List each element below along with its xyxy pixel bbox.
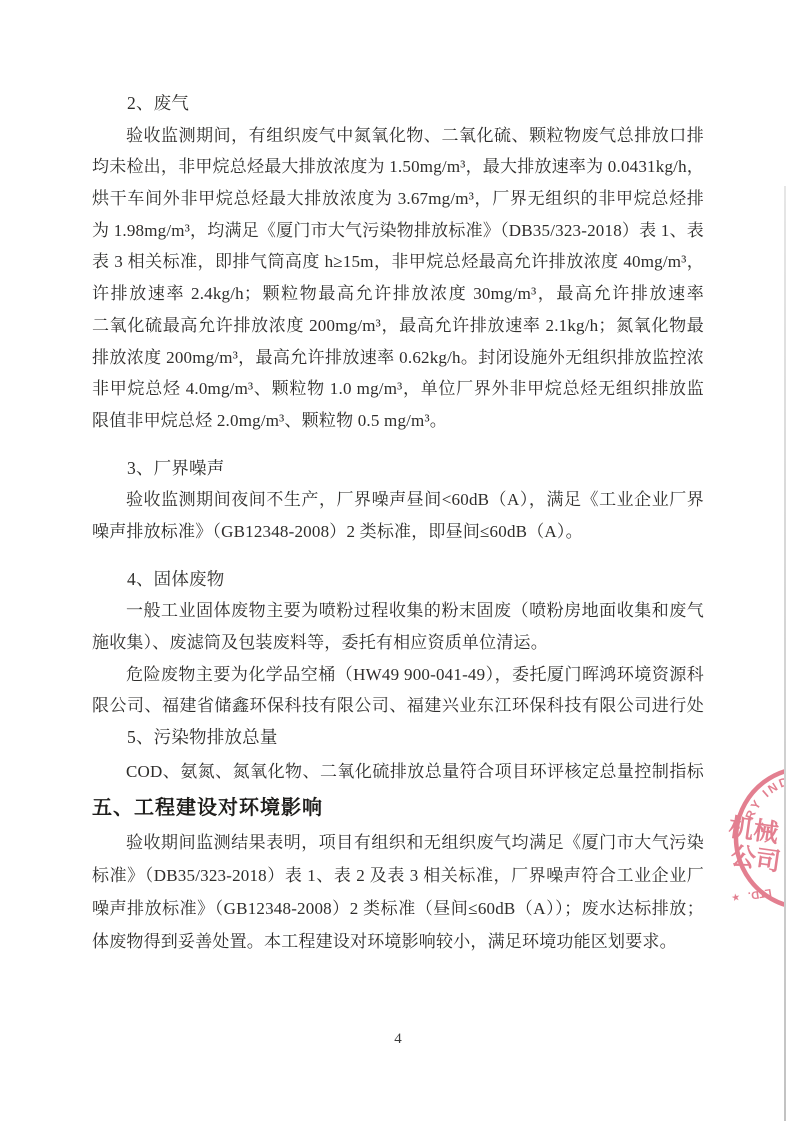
text-line: COD、氨氮、氮氧化物、二氧化硫排放总量符合项目环评核定总量控制指标要求。 xyxy=(92,756,704,788)
section-heading-gas: 2、废气 xyxy=(92,88,704,120)
text-line: 噪声排放标准》（GB12348-2008）2 类标准（昼间≤60dB（A））；废… xyxy=(92,892,704,925)
page-number: 4 xyxy=(92,1031,704,1048)
section-environmental-impact: 验收期间监测结果表明，项目有组织和无组织废气均满足《厦门市大气污染物排放 标准》… xyxy=(92,826,704,958)
svg-text:RY INDUS: RY INDUS xyxy=(742,762,785,829)
document-body: 2、废气 验收监测期间，有组织废气中氮氧化物、二氧化硫、颗粒物废气总排放口排放浓… xyxy=(92,88,704,958)
text-line: 体废物得到妥善处置。本工程建设对环境影响较小，满足环境功能区划要求。 xyxy=(92,925,704,958)
text-line: 表 3 相关标准，即排气筒高度 h≥15m，非甲烷总烃最高允许排放浓度 40mg… xyxy=(92,246,704,278)
text-line: 非甲烷总烃 4.0mg/m³、颗粒物 1.0 mg/m³，单位厂界外非甲烷总烃无… xyxy=(92,373,704,405)
section-gas: 验收监测期间，有组织废气中氮氧化物、二氧化硫、颗粒物废气总排放口排放浓度 均未检… xyxy=(92,120,704,437)
text-line: 验收监测期间，有组织废气中氮氧化物、二氧化硫、颗粒物废气总排放口排放浓度 xyxy=(92,120,704,152)
text-line: 一般工业固体废物主要为喷粉过程收集的粉末固废（喷粉房地面收集和废气收集设 xyxy=(92,595,704,627)
section-total-emission: COD、氨氮、氮氧化物、二氧化硫排放总量符合项目环评核定总量控制指标要求。 xyxy=(92,756,704,788)
section-heading-noise: 3、厂界噪声 xyxy=(92,453,704,485)
text-line: 二氧化硫最高允许排放浓度 200mg/m³，最高允许排放速率 2.1kg/h；氮… xyxy=(92,310,704,342)
seal-ring-text-top: RY INDUS xyxy=(742,762,785,829)
section-noise: 验收监测期间夜间不生产，厂界噪声昼间<60dB（A），满足《工业企业厂界环境 噪… xyxy=(92,484,704,547)
text-line: 噪声排放标准》（GB12348-2008）2 类标准，即昼间≤60dB（A）。 xyxy=(92,516,704,548)
seal-ring-text-bottom: LTD. xyxy=(747,886,772,902)
text-line: 标准》（DB35/323-2018）表 1、表 2 及表 3 相关标准，厂界噪声… xyxy=(92,859,704,892)
seal-center-text-1: 机械 xyxy=(727,812,781,848)
text-line: 危险废物主要为化学品空桶（HW49 900-041-49），委托厦门晖鸿环境资源… xyxy=(92,659,704,691)
scan-page-edge-line xyxy=(784,186,786,1121)
section-solid-waste: 一般工业固体废物主要为喷粉过程收集的粉末固废（喷粉房地面收集和废气收集设 施收集… xyxy=(92,595,704,722)
text-line: 限公司、福建省储鑫环保科技有限公司、福建兴业东江环保科技有限公司进行处理处置。 xyxy=(92,690,704,722)
text-line: 烘干车间外非甲烷总烃最大排放浓度为 3.67mg/m³，厂界无组织的非甲烷总烃排… xyxy=(92,183,704,215)
seal-star-icon: ★ xyxy=(731,892,742,904)
text-line: 验收期间监测结果表明，项目有组织和无组织废气均满足《厦门市大气污染物排放 xyxy=(92,826,704,859)
text-line: 施收集）、废滤筒及包装废料等，委托有相应资质单位清运。 xyxy=(92,627,704,659)
chapter-heading-environmental-impact: 五、工程建设对环境影响 xyxy=(92,790,704,826)
company-seal-stamp: RY INDUS 机械 公司 LTD. ★ xyxy=(700,742,785,937)
text-line: 验收监测期间夜间不生产，厂界噪声昼间<60dB（A），满足《工业企业厂界环境 xyxy=(92,484,704,516)
text-line: 限值非甲烷总烃 2.0mg/m³、颗粒物 0.5 mg/m³。 xyxy=(92,405,704,437)
section-heading-solid-waste: 4、固体废物 xyxy=(92,564,704,596)
section-heading-total-emission: 5、污染物排放总量 xyxy=(92,722,704,754)
text-line: 排放浓度 200mg/m³，最高允许排放速率 0.62kg/h。封闭设施外无组织… xyxy=(92,342,704,374)
text-line: 为 1.98mg/m³，均满足《厦门市大气污染物排放标准》（DB35/323-2… xyxy=(92,215,704,247)
text-line: 均未检出，非甲烷总烃最大排放浓度为 1.50mg/m³，最大排放速率为 0.04… xyxy=(92,151,704,183)
seal-graphic: RY INDUS 机械 公司 LTD. ★ xyxy=(718,758,785,923)
document-page: 2、废气 验收监测期间，有组织废气中氮氧化物、二氧化硫、颗粒物废气总排放口排放浓… xyxy=(0,0,793,1121)
seal-center-text-2: 公司 xyxy=(729,842,782,877)
text-line: 许排放速率 2.4kg/h；颗粒物最高允许排放浓度 30mg/m³，最高允许排放… xyxy=(92,278,704,310)
